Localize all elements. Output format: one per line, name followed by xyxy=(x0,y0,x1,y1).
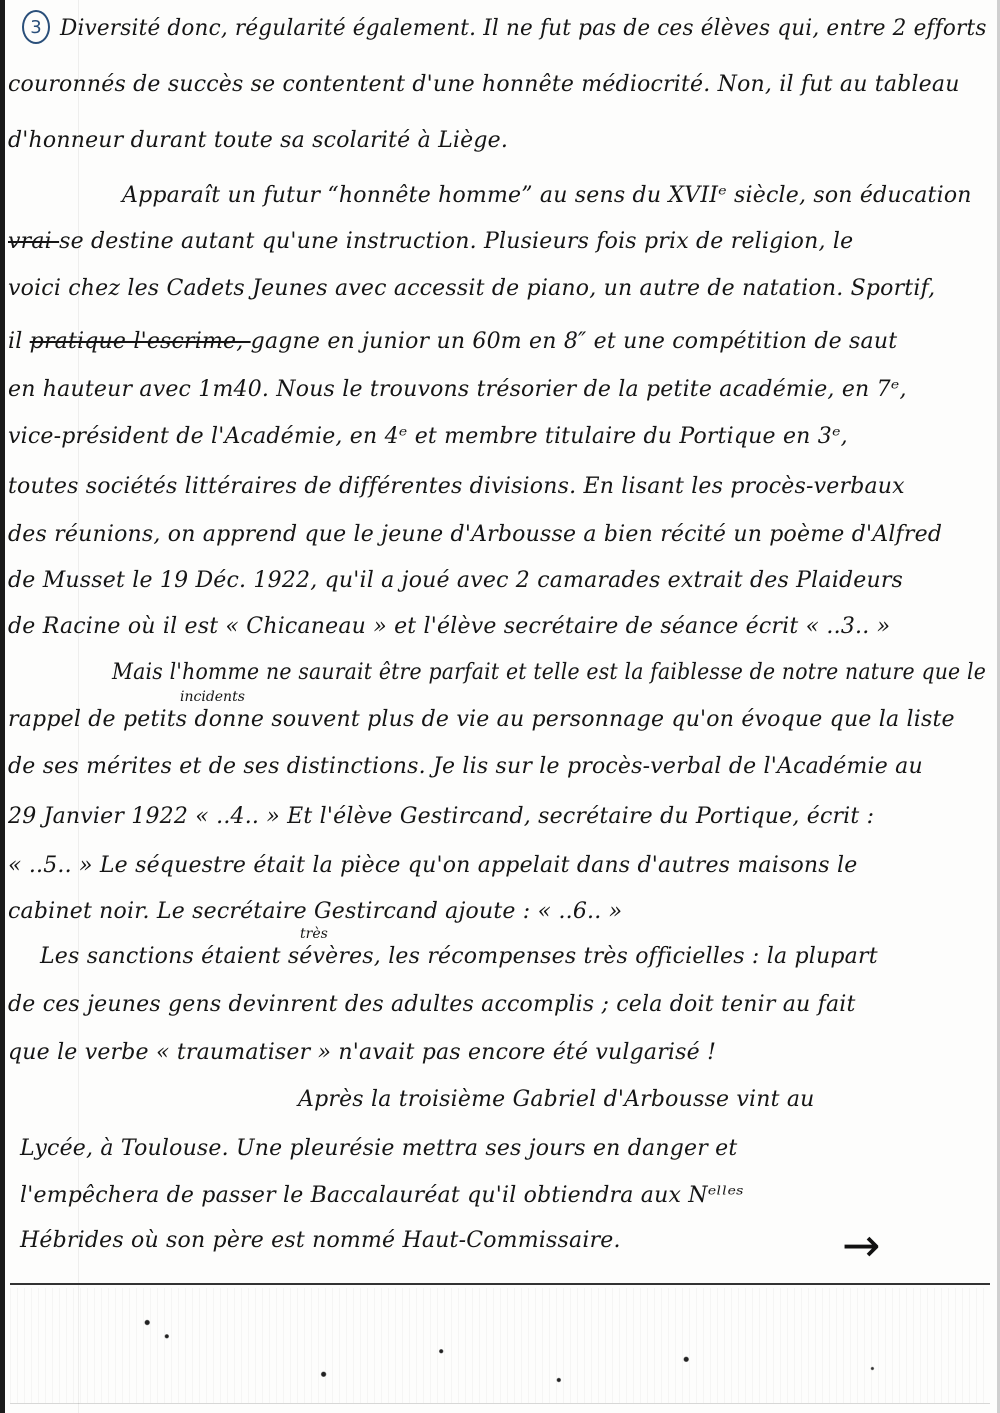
line-text: des réunions, on apprend que le jeune d'… xyxy=(8,522,942,547)
line-text: Mais l'homme ne saurait être parfait et … xyxy=(112,660,986,685)
text-line: Diversité donc, régularité également. Il… xyxy=(60,16,987,41)
text-line: Après la troisième Gabriel d'Arbousse vi… xyxy=(298,1087,815,1112)
struck-words: pratique l'escrime, xyxy=(30,329,251,354)
text-line: des réunions, on apprend que le jeune d'… xyxy=(8,522,942,547)
interlinear-insertion: très xyxy=(300,926,328,942)
text-line: vrai se destine autant qu'une instructio… xyxy=(8,229,853,254)
text-line: de Musset le 19 Déc. 1922, qu'il a joué … xyxy=(8,568,903,593)
text-line: 29 Janvier 1922 « ..4.. » Et l'élève Ges… xyxy=(8,804,874,829)
line-text: Après la troisième Gabriel d'Arbousse vi… xyxy=(298,1087,815,1112)
page-bottom-divider xyxy=(10,1283,990,1285)
line-text: Hébrides où son père est nommé Haut-Comm… xyxy=(20,1228,621,1253)
struck-word: vrai xyxy=(8,229,59,254)
continue-arrow-icon: → xyxy=(842,1218,881,1272)
text-line: Les sanctions étaient sévères, les récom… xyxy=(40,944,878,969)
text-line: l'empêchera de passer le Baccalauréat qu… xyxy=(20,1183,744,1208)
text-line: vice-président de l'Académie, en 4ᵉ et m… xyxy=(8,424,848,449)
line-text: Diversité donc, régularité également. Il… xyxy=(60,16,987,41)
scan-noise-area xyxy=(10,1288,990,1403)
line-text: cabinet noir. Le secrétaire Gestircand a… xyxy=(8,899,622,924)
interlinear-insertion: incidents xyxy=(180,689,245,705)
text-line: rappel de petits donne souvent plus de v… xyxy=(8,707,955,732)
text-line: de Racine où il est « Chicaneau » et l'é… xyxy=(8,614,890,639)
page-number-circle: 3 xyxy=(22,10,50,44)
text-line: Apparaît un futur “honnête homme” au sen… xyxy=(122,183,972,208)
line-text: vice-président de l'Académie, en 4ᵉ et m… xyxy=(8,424,848,449)
line-text: gagne en junior un 60m en 8″ et une comp… xyxy=(251,329,898,354)
text-line: couronnés de succès se contentent d'une … xyxy=(8,72,960,97)
text-line: toutes sociétés littéraires de différent… xyxy=(8,474,905,499)
line-text: de Racine où il est « Chicaneau » et l'é… xyxy=(8,614,890,639)
line-text: Apparaît un futur “honnête homme” au sen… xyxy=(122,183,972,208)
line-text: d'honneur durant toute sa scolarité à Li… xyxy=(8,128,508,153)
line-text: en hauteur avec 1m40. Nous le trouvons t… xyxy=(8,377,907,402)
page-number: 3 xyxy=(30,17,41,38)
line-text: couronnés de succès se contentent d'une … xyxy=(8,72,960,97)
line-text: de ces jeunes gens devinrent des adultes… xyxy=(8,992,856,1017)
line-text: de Musset le 19 Déc. 1922, qu'il a joué … xyxy=(8,568,903,593)
line-text: 29 Janvier 1922 « ..4.. » Et l'élève Ges… xyxy=(8,804,874,829)
text-line: Lycée, à Toulouse. Une pleurésie mettra … xyxy=(20,1136,737,1161)
text-line: cabinet noir. Le secrétaire Gestircand a… xyxy=(8,899,622,924)
text-line: il pratique l'escrime, gagne en junior u… xyxy=(8,329,897,354)
scan-left-border xyxy=(0,0,5,1413)
text-line: de ces jeunes gens devinrent des adultes… xyxy=(8,992,856,1017)
text-line: que le verbe « traumatiser » n'avait pas… xyxy=(8,1040,716,1065)
line-text: rappel de petits donne souvent plus de v… xyxy=(8,707,955,732)
line-text: de ses mérites et de ses distinctions. J… xyxy=(8,754,923,779)
text-line: d'honneur durant toute sa scolarité à Li… xyxy=(8,128,508,153)
text-line: Mais l'homme ne saurait être parfait et … xyxy=(112,660,986,685)
text-line: voici chez les Cadets Jeunes avec access… xyxy=(8,276,935,301)
text-line: en hauteur avec 1m40. Nous le trouvons t… xyxy=(8,377,907,402)
page-bottom-edge xyxy=(10,1403,990,1404)
text-line: de ses mérites et de ses distinctions. J… xyxy=(8,754,923,779)
text-line: Hébrides où son père est nommé Haut-Comm… xyxy=(20,1228,621,1253)
text-line: « ..5.. » Le séquestre était la pièce qu… xyxy=(8,853,857,878)
line-text: se destine autant qu'une instruction. Pl… xyxy=(59,229,853,254)
line-text: l'empêchera de passer le Baccalauréat qu… xyxy=(20,1183,744,1208)
line-text: Lycée, à Toulouse. Une pleurésie mettra … xyxy=(20,1136,737,1161)
line-text: « ..5.. » Le séquestre était la pièce qu… xyxy=(8,853,857,878)
line-text: que le verbe « traumatiser » n'avait pas… xyxy=(8,1040,716,1065)
line-text: Les sanctions étaient sévères, les récom… xyxy=(40,944,878,969)
line-text: voici chez les Cadets Jeunes avec access… xyxy=(8,276,935,301)
line-prefix: il xyxy=(8,329,30,354)
line-text: toutes sociétés littéraires de différent… xyxy=(8,474,905,499)
